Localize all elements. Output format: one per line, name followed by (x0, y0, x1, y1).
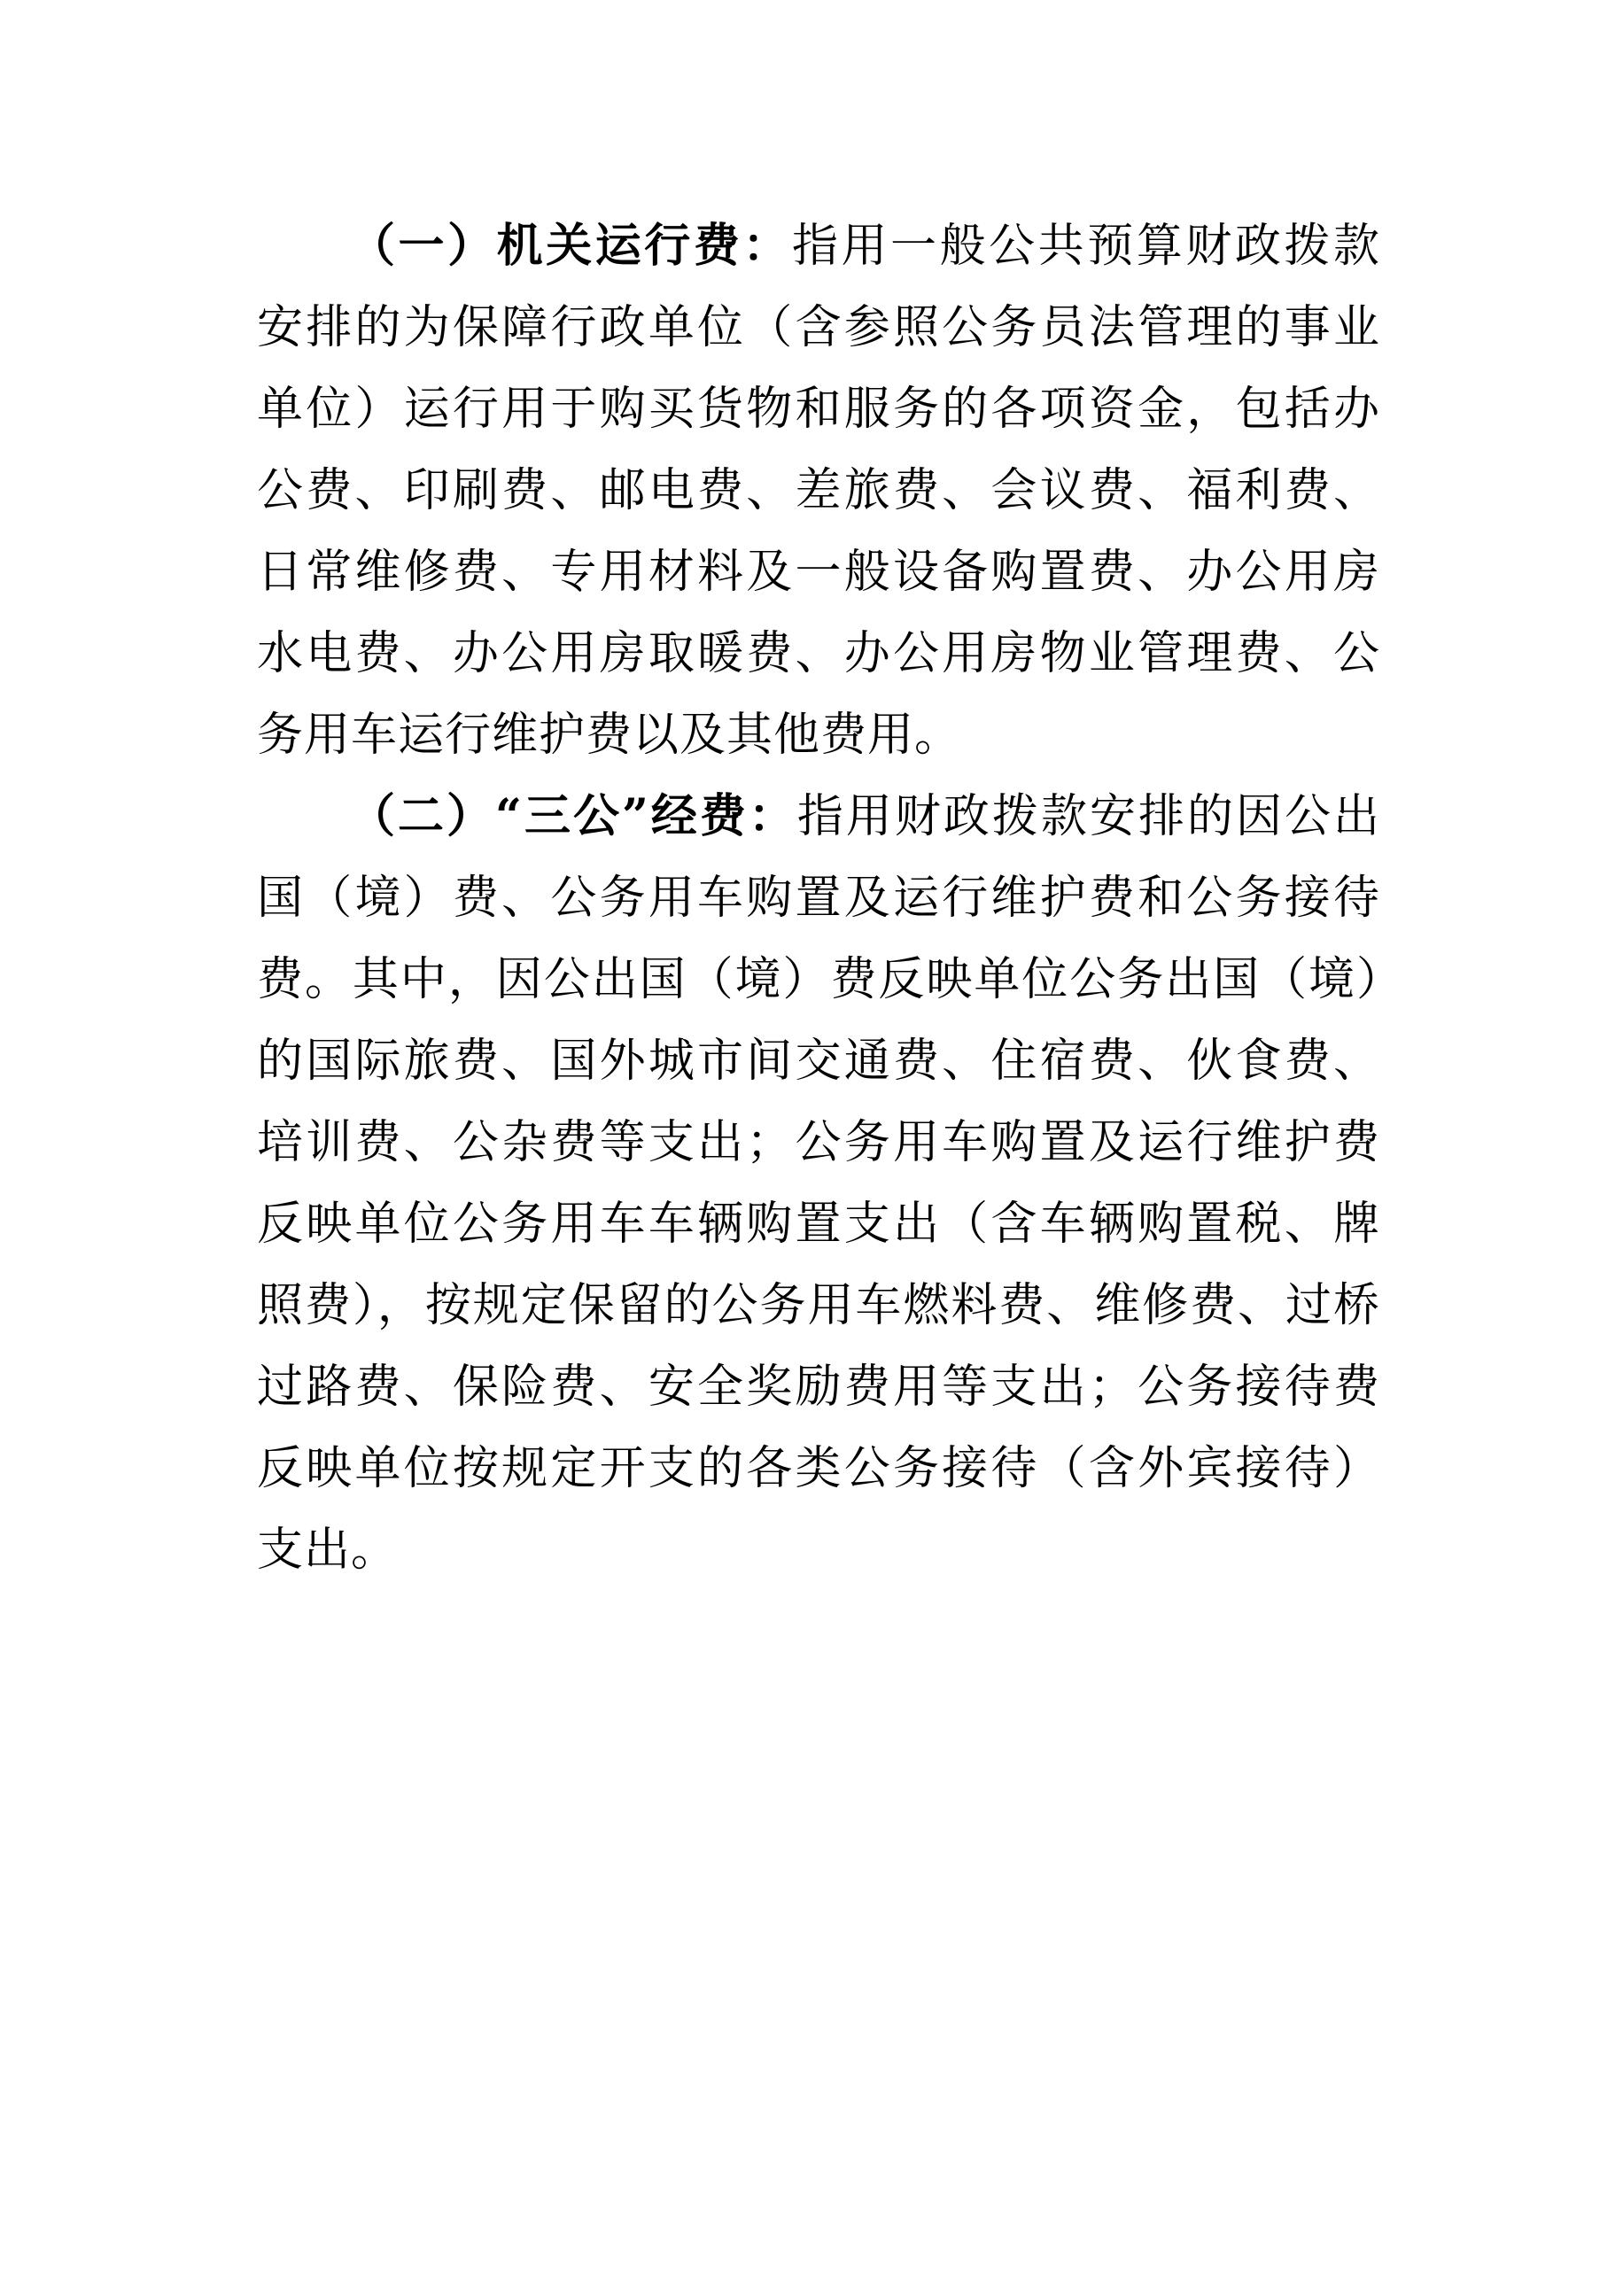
paragraph-2-body-text: 指用财政拨款安排的因公出国（境）费、公务用车购置及运行维护费和公务接待费。其中，… (257, 790, 1380, 1577)
paragraph-1-body-text: 指用一般公共预算财政拨款安排的为保障行政单位（含参照公务员法管理的事业单位）运行… (257, 220, 1380, 762)
document-page: （一）机关运行费：指用一般公共预算财政拨款安排的为保障行政单位（含参照公务员法管… (0, 0, 1623, 2296)
paragraph-three-public-expenses: （二）“三公”经费：指用财政拨款安排的因公出国（境）费、公务用车购置及运行维护费… (257, 776, 1380, 1591)
paragraph-2-lead-label: （二）“三公”经费： (349, 789, 797, 843)
document-body: （一）机关运行费：指用一般公共预算财政拨款安排的为保障行政单位（含参照公务员法管… (257, 206, 1380, 1591)
paragraph-agency-operating-expenses: （一）机关运行费：指用一般公共预算财政拨款安排的为保障行政单位（含参照公务员法管… (257, 206, 1380, 776)
paragraph-1-lead-label: （一）机关运行费： (349, 219, 792, 273)
